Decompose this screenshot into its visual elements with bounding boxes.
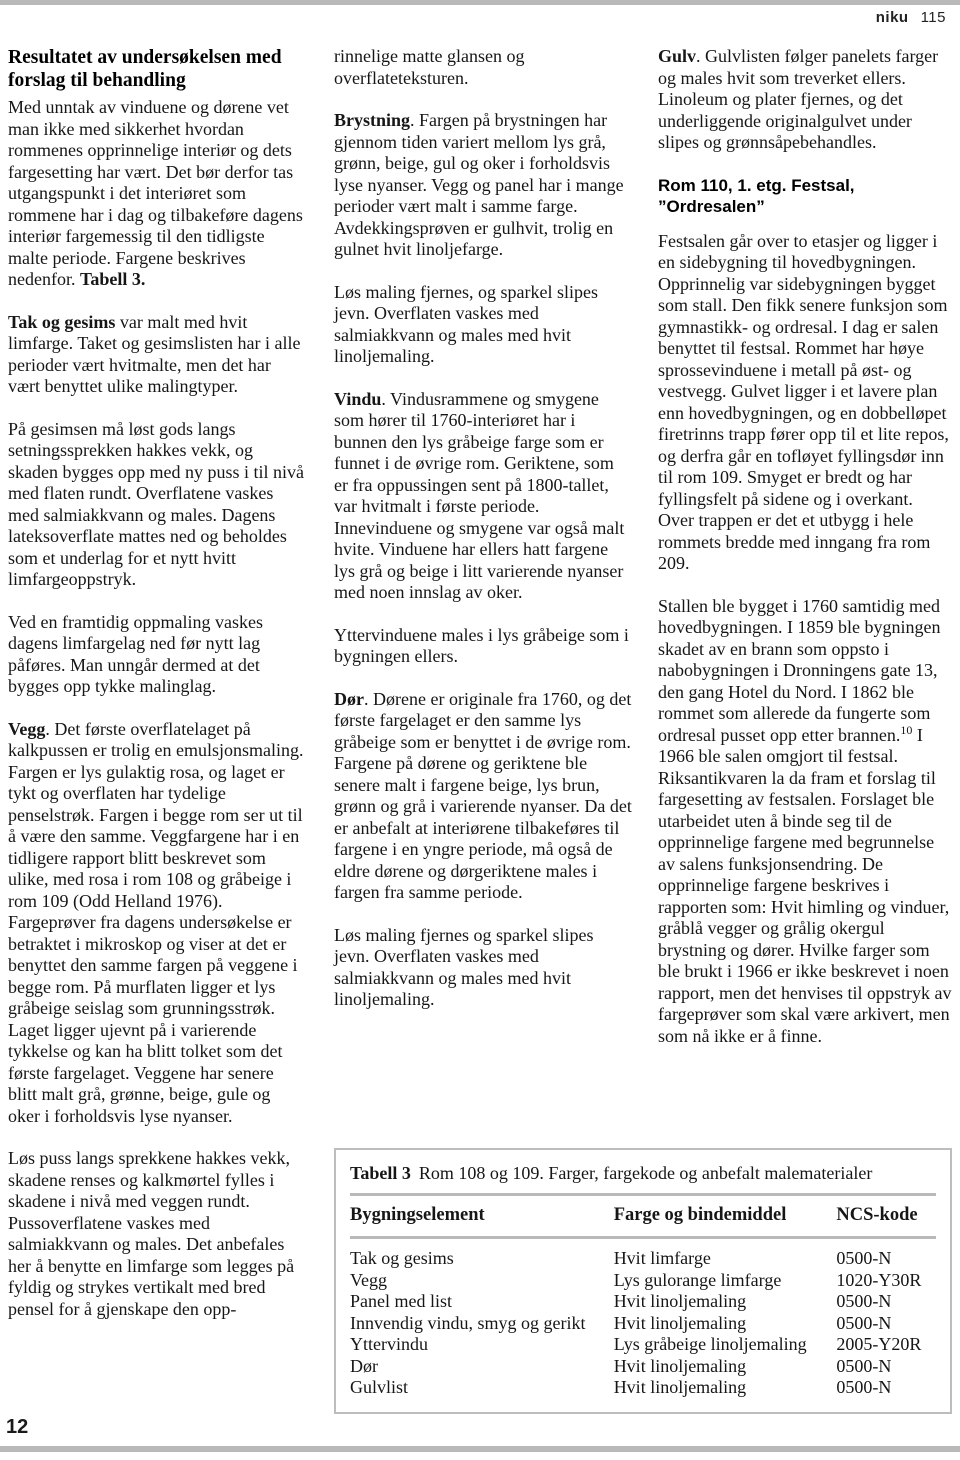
footnote-marker: 10 (900, 723, 912, 737)
cell-ncs: 0500-N (836, 1313, 936, 1335)
cell-element: Dør (350, 1356, 614, 1378)
table-header-row: Bygningselement Farge og bindemiddel NCS… (350, 1196, 936, 1238)
room-heading: Rom 110, 1. etg. Festsal, ”Ordresalen” (658, 175, 952, 217)
paragraph: Dør. Dørene er originale fra 1760, og de… (334, 689, 632, 904)
paragraph-lead: Gulv (658, 46, 696, 66)
paragraph-text: . Gulvlisten følger panelets farger og m… (658, 46, 938, 152)
table-box: Tabell 3Rom 108 og 109. Farger, fargekod… (334, 1148, 952, 1414)
table-caption-text: Rom 108 og 109. Farger, fargekode og anb… (419, 1163, 872, 1183)
paragraph: Gulv. Gulvlisten følger panelets farger … (658, 46, 952, 154)
table-row: Gulvlist Hvit linoljemaling 0500-N (350, 1377, 936, 1399)
paragraph-text: . Vindusrammene og smygene som hører til… (334, 389, 624, 603)
paragraph-text: . Det første overflatelaget på kalkpusse… (8, 719, 303, 1126)
paragraph-text: Stallen ble bygget i 1760 samtidig med h… (658, 596, 940, 745)
table-row: Dør Hvit linoljemaling 0500-N (350, 1356, 936, 1378)
table-row: Panel med list Hvit linoljemaling 0500-N (350, 1291, 936, 1313)
cell-element: Tak og gesims (350, 1238, 614, 1270)
page-header: niku115 (876, 9, 946, 26)
cell-color: Hvit linoljemaling (614, 1356, 837, 1378)
paragraph: Vindu. Vindusrammene og smygene som høre… (334, 389, 632, 604)
cell-ncs: 0500-N (836, 1356, 936, 1378)
journal-name: niku (876, 9, 909, 26)
cell-element: Vegg (350, 1270, 614, 1292)
cell-color: Hvit limfarge (614, 1238, 837, 1270)
paragraph: Yttervinduene males i lys gråbeige som i… (334, 625, 632, 668)
cell-color: Hvit linoljemaling (614, 1377, 837, 1399)
paragraph: På gesimsen må løst gods langs setningss… (8, 419, 304, 591)
cell-element: Innvendig vindu, smyg og gerikt (350, 1313, 614, 1335)
footer-page-number: 12 (6, 1416, 28, 1439)
paragraph: Stallen ble bygget i 1760 samtidig med h… (658, 596, 952, 1048)
paragraph: Løs maling fjernes og sparkel slipes jev… (334, 925, 632, 1011)
section-heading: Resultatet av undersøkelsen med forslag … (8, 46, 304, 92)
materials-table: Bygningselement Farge og bindemiddel NCS… (350, 1196, 936, 1399)
cell-ncs: 0500-N (836, 1377, 936, 1399)
paragraph: Tak og gesims var malt med hvit limfarge… (8, 312, 304, 398)
column-header: Farge og bindemiddel (614, 1196, 837, 1238)
cell-color: Hvit linoljemaling (614, 1313, 837, 1335)
paragraph: Med unntak av vinduene og dørene vet man… (8, 97, 304, 291)
cell-color: Hvit linoljemaling (614, 1291, 837, 1313)
cell-ncs: 2005-Y20R (836, 1334, 936, 1356)
paragraph: Brystning. Fargen på brystningen har gje… (334, 110, 632, 261)
paragraph-text: Med unntak av vinduene og dørene vet man… (8, 97, 303, 289)
table-reference: Tabell 3. (80, 269, 145, 289)
cell-element: Yttervindu (350, 1334, 614, 1356)
cell-element: Gulvlist (350, 1377, 614, 1399)
top-rule (0, 0, 960, 5)
table-row: Innvendig vindu, smyg og gerikt Hvit lin… (350, 1313, 936, 1335)
paragraph: rinnelige matte glansen og overflateteks… (334, 46, 632, 89)
bottom-rule (0, 1446, 960, 1452)
cell-color: Lys gråbeige linoljemaling (614, 1334, 837, 1356)
cell-color: Lys gulorange limfarge (614, 1270, 837, 1292)
cell-ncs: 0500-N (836, 1291, 936, 1313)
page-ref-number: 115 (921, 9, 946, 26)
table-row: Vegg Lys gulorange limfarge 1020-Y30R (350, 1270, 936, 1292)
paragraph-lead: Tak og gesims (8, 312, 115, 332)
cell-ncs: 1020-Y30R (836, 1270, 936, 1292)
column-middle: rinnelige matte glansen og overflateteks… (334, 46, 632, 1032)
paragraph-lead: Vindu (334, 389, 381, 409)
table-row: Yttervindu Lys gråbeige linoljemaling 20… (350, 1334, 936, 1356)
paragraph-text: . Dørene er originale fra 1760, og det f… (334, 689, 632, 903)
paragraph: Vegg. Det første overflatelaget på kalkp… (8, 719, 304, 1128)
paragraph-text: I 1966 ble salen omgjort til festsal. Ri… (658, 725, 951, 1046)
paragraph-lead: Dør (334, 689, 364, 709)
paragraph: Festsalen går over to etasjer og ligger … (658, 231, 952, 575)
paragraph: Løs puss langs sprekkene hakkes vekk, sk… (8, 1148, 304, 1320)
paragraph: Løs maling fjernes, og sparkel slipes je… (334, 282, 632, 368)
column-left: Resultatet av undersøkelsen med forslag … (8, 46, 304, 1341)
column-header: Bygningselement (350, 1196, 614, 1238)
column-right: Gulv. Gulvlisten følger panelets farger … (658, 46, 952, 1068)
table-caption-label: Tabell 3 (350, 1163, 411, 1183)
table-row: Tak og gesims Hvit limfarge 0500-N (350, 1238, 936, 1270)
paragraph-lead: Vegg (8, 719, 45, 739)
paragraph-lead: Brystning (334, 110, 410, 130)
paragraph-text: . Fargen på brystningen har gjennom tide… (334, 110, 624, 259)
cell-element: Panel med list (350, 1291, 614, 1313)
paragraph: Ved en framtidig oppmaling vaskes dagens… (8, 612, 304, 698)
table-caption: Tabell 3Rom 108 og 109. Farger, fargekod… (350, 1160, 936, 1196)
column-header: NCS-kode (836, 1196, 936, 1238)
cell-ncs: 0500-N (836, 1238, 936, 1270)
